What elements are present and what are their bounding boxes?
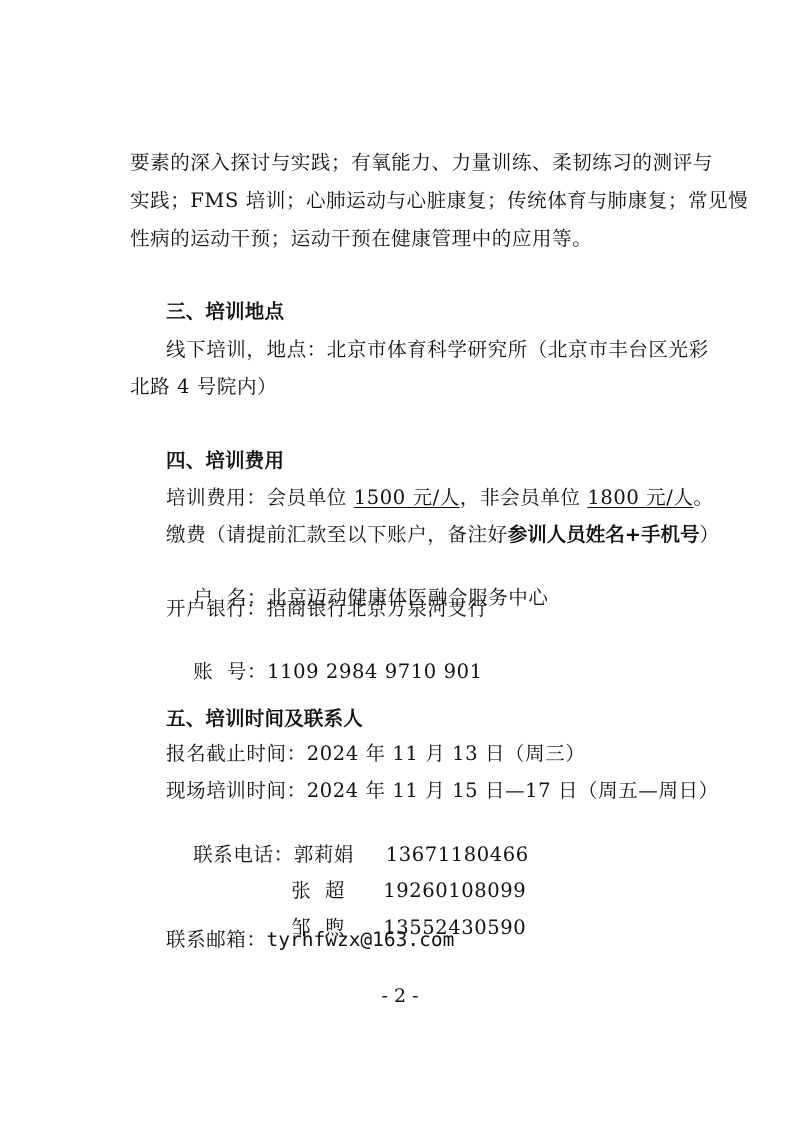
deadline-value: 2024 年 11 月 13 日（周三） <box>307 742 586 765</box>
member-fee: 1500 元/人 <box>354 486 460 509</box>
location-text-cont: 北路 4 号院内） <box>130 374 702 400</box>
bank-name: 招商银行北京万泉河支行 <box>267 597 488 620</box>
fee-mid: ，非会员单位 <box>460 486 587 509</box>
deadline-label: 报名截止时间： <box>166 742 307 765</box>
document-page: 要素的深入探讨与实践；有氧能力、力量训练、柔韧练习的测评与 实践；FMS 培训；… <box>0 0 800 1131</box>
fee-label: 培训费用：会员单位 <box>166 486 354 509</box>
fee-end: 。 <box>694 486 714 509</box>
section-heading-schedule: 五、培训时间及联系人 <box>166 706 738 732</box>
section-heading-location: 三、培训地点 <box>166 299 738 325</box>
training-time-row: 现场培训时间：2024 年 11 月 15 日—17 日（周五—周日） <box>166 778 738 804</box>
paragraph-line: 实践；FMS 培训；心肺运动与心脏康复；传统体育与肺康复；常见慢 <box>130 188 702 214</box>
payment-note: 缴费（请提前汇款至以下账户，备注好参训人员姓名+手机号） <box>166 522 738 548</box>
page-number: - 2 - <box>0 985 800 1007</box>
nonmember-fee: 1800 元/人 <box>587 486 693 509</box>
bank-label: 开户银行： <box>166 597 267 620</box>
account-number: 1109 2984 9710 901 <box>267 660 483 683</box>
location-text: 线下培训，地点：北京市体育科学研究所（北京市丰台区光彩 <box>166 337 702 363</box>
paragraph-line: 要素的深入探讨与实践；有氧能力、力量训练、柔韧练习的测评与 <box>130 150 702 176</box>
account-number-row: 账 号：1109 2984 9710 901 <box>166 633 738 711</box>
account-number-label: 账 号： <box>193 660 267 683</box>
email-address: tyrhfwzx@163.com <box>267 928 455 951</box>
training-time-label: 现场培训时间： <box>166 779 307 802</box>
fee-line: 培训费用：会员单位 1500 元/人，非会员单位 1800 元/人。 <box>166 485 738 511</box>
section-heading-fees: 四、培训费用 <box>166 448 738 474</box>
payment-suffix: ） <box>700 523 720 546</box>
email-label: 联系邮箱： <box>166 928 267 951</box>
payment-remark-bold: 参训人员姓名+手机号 <box>508 523 700 546</box>
email-row: 联系邮箱：tyrhfwzx@163.com <box>166 927 738 953</box>
training-time-value: 2024 年 11 月 15 日—17 日（周五—周日） <box>307 779 719 802</box>
paragraph-line: 性病的运动干预；运动干预在健康管理中的应用等。 <box>130 226 702 252</box>
bank-row: 开户银行：招商银行北京万泉河支行 <box>166 596 738 622</box>
payment-prefix: 缴费（请提前汇款至以下账户，备注好 <box>166 523 508 546</box>
deadline-row: 报名截止时间：2024 年 11 月 13 日（周三） <box>166 741 738 767</box>
